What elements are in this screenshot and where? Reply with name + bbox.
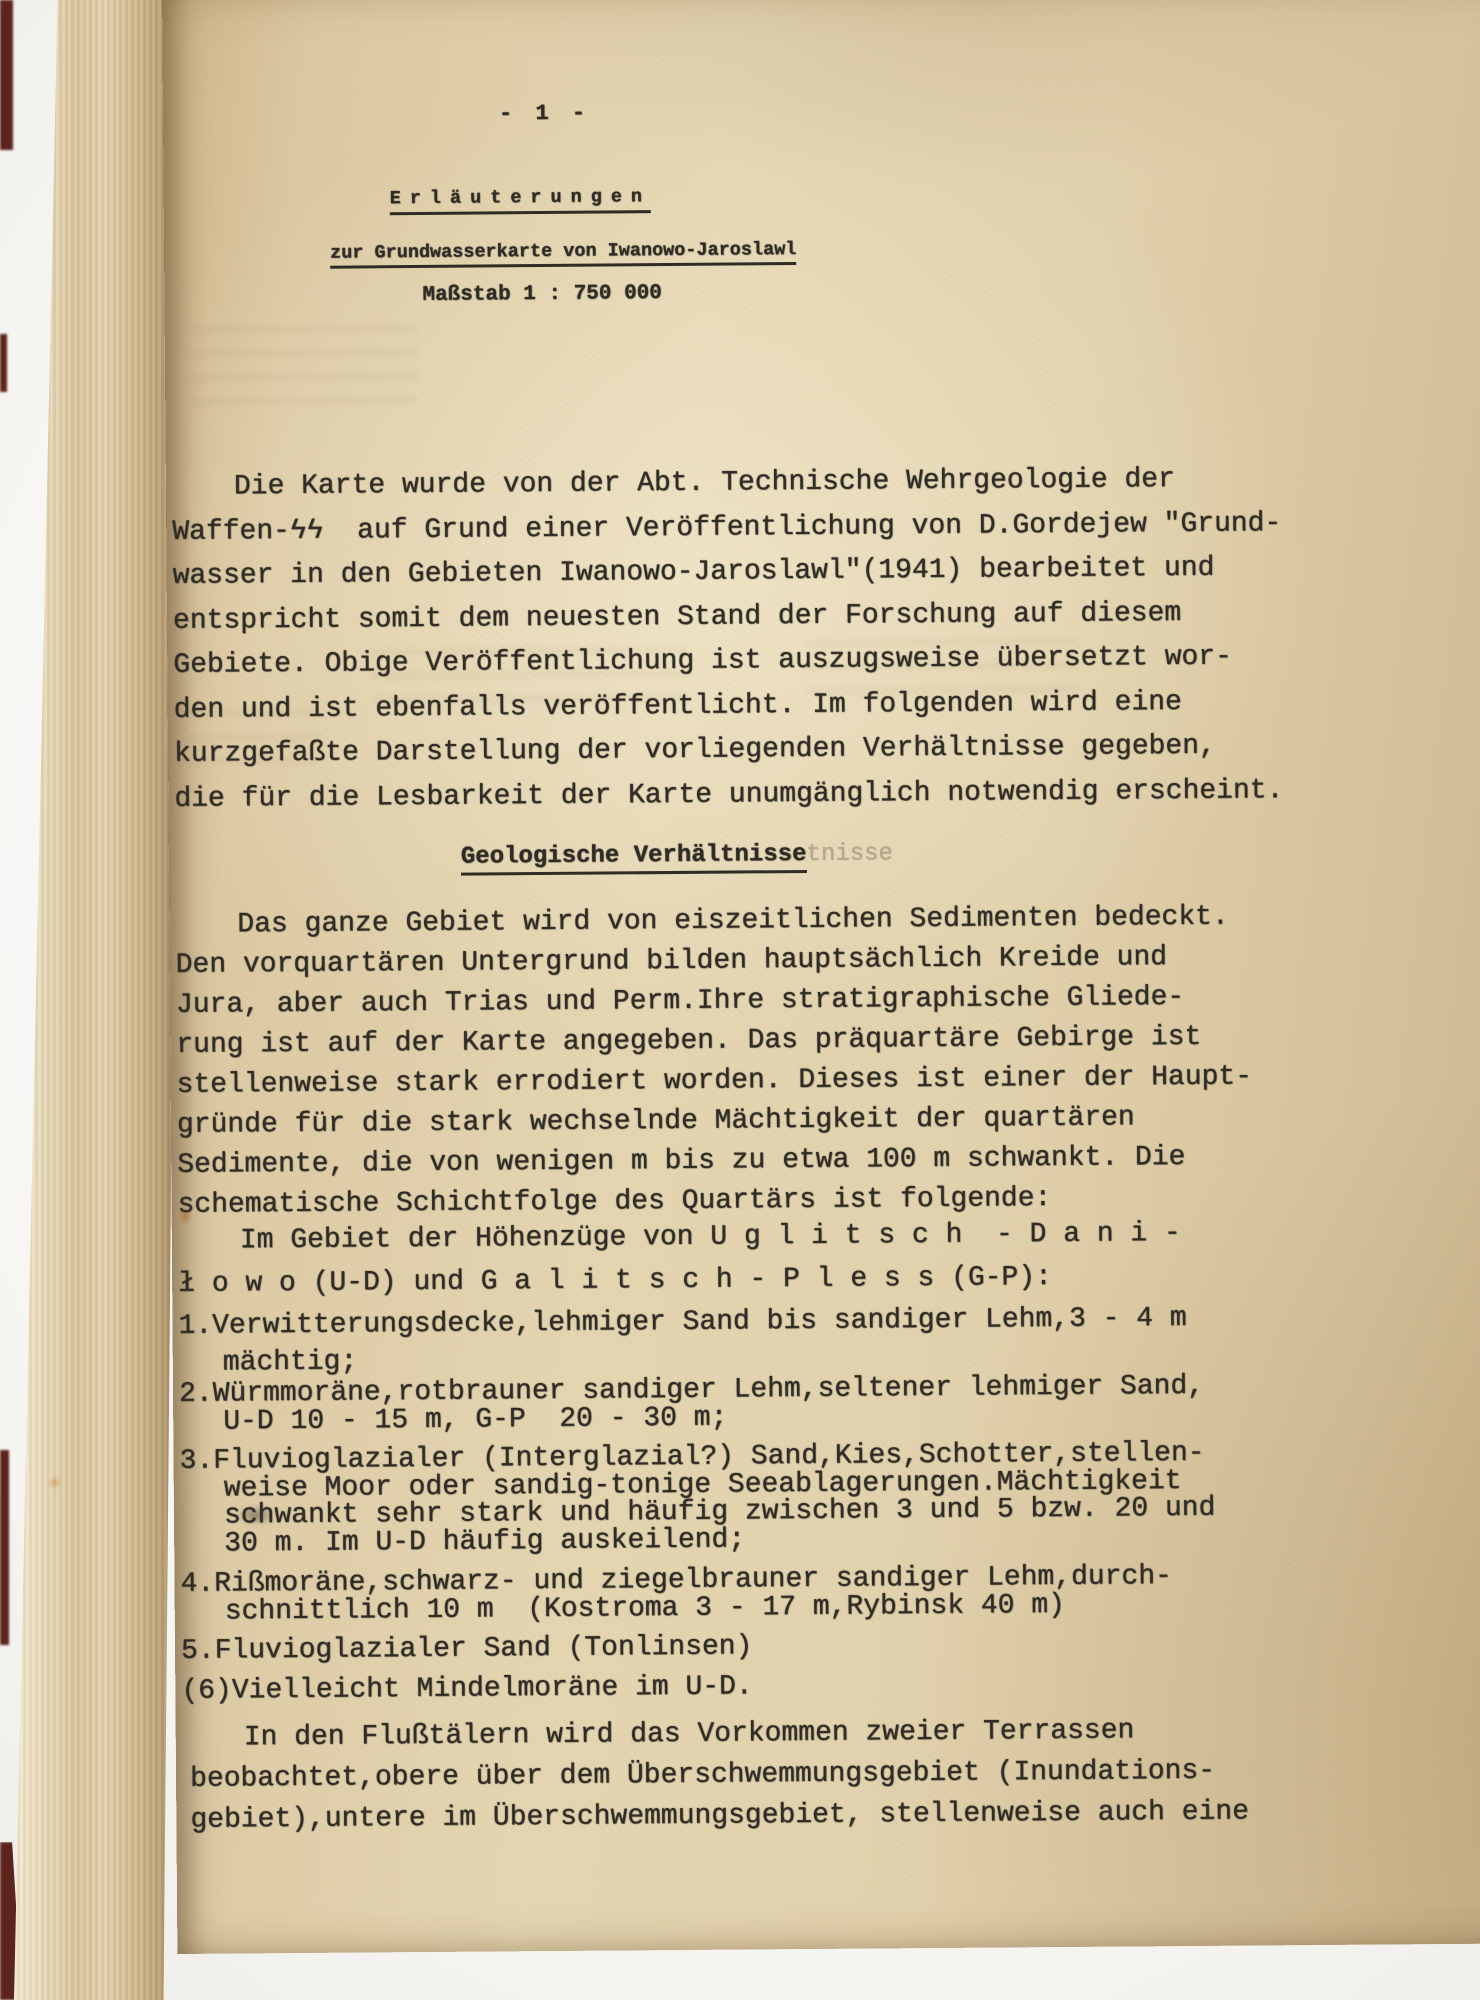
text-line: kurzgefaßte Darstellung der vorliegenden…	[174, 724, 1283, 777]
document-subtitle: zur Grundwasserkarte von Iwanowo-Jarosla…	[330, 239, 796, 269]
document-title: Erläuterungen	[390, 186, 652, 215]
text-line: Gebiete. Obige Veröffentlichung ist ausz…	[173, 635, 1282, 688]
region-intro-line: ł o w o (U-D) und G a l i t s c h - P l …	[178, 1262, 1052, 1300]
book-cover-edge	[0, 0, 13, 150]
text-line: U-D 10 - 15 m, G-P 20 - 30 m;	[179, 1401, 1204, 1437]
strata-list-item-4: 4.Rißmoräne,schwarz- und ziegelbrauner s…	[180, 1563, 1172, 1627]
strata-list-item-5: 5.Fluvioglazialer Sand (Tonlinsen)	[181, 1631, 753, 1666]
text-line: Sedimente, die von wenigen m bis zu etwa…	[177, 1137, 1253, 1185]
typewriter-ghost-text: tnisse	[806, 840, 893, 868]
text-line: (6)Vielleicht Mindelmoräne im U-D.	[181, 1671, 753, 1706]
section-heading: Geologische Verhältnisse	[461, 841, 807, 876]
text-line: gebiet),untere im Überschwemmungsgebiet,…	[182, 1792, 1249, 1841]
book-cover-edge	[0, 1450, 9, 1645]
book-page: - 1 - Erläuterungen zur Grundwasserkarte…	[162, 0, 1480, 1954]
geology-paragraph: Das ganze Gebiet wird von eiszeitlichen …	[175, 897, 1253, 1225]
photo-backdrop: - 1 - Erläuterungen zur Grundwasserkarte…	[0, 0, 1480, 2000]
strata-list-item-1: 1.Verwitterungsdecke,lehmiger Sand bis s…	[178, 1300, 1187, 1382]
text-line: Die Karte wurde von der Abt. Technische …	[172, 457, 1281, 510]
text-line: 30 m. Im U-D häufig auskeilend;	[180, 1522, 1216, 1558]
text-line: schnittlich 10 m (Kostroma 3 - 17 m,Rybi…	[181, 1591, 1173, 1627]
text-line: 5.Fluvioglazialer Sand (Tonlinsen)	[181, 1631, 753, 1666]
intro-paragraph: Die Karte wurde von der Abt. Technische …	[172, 457, 1284, 822]
strata-list-item-3: 3.Fluvioglazialer (Interglazial?) Sand,K…	[179, 1440, 1215, 1558]
strata-list-item-6: (6)Vielleicht Mindelmoräne im U-D.	[181, 1671, 753, 1706]
section-heading-row: Geologische Verhältnissetnisse	[461, 840, 893, 870]
terraces-paragraph: In den Flußtälern wird das Vorkommen zwe…	[182, 1710, 1250, 1841]
strata-list-item-2: 2.Würmmoräne,rotbrauner sandiger Lehm,se…	[179, 1373, 1204, 1437]
region-intro-line: Im Gebiet der Höhenzüge von U g l i t s …	[178, 1218, 1181, 1257]
map-scale: Maßstab 1 : 750 000	[422, 282, 662, 307]
book-cover-edge	[0, 334, 7, 392]
rust-stain	[48, 1476, 61, 1489]
page-stack-edges	[14, 0, 182, 2000]
text-line: die für die Lesbarkeit der Karte unumgän…	[174, 769, 1283, 822]
text-line: wasser in den Gebieten Iwanowo-Jaroslawl…	[172, 546, 1281, 599]
page-number: - 1 -	[499, 101, 590, 127]
text-line: 1.Verwitterungsdecke,lehmiger Sand bis s…	[178, 1300, 1186, 1345]
ink-bleed-smudge	[188, 323, 419, 407]
